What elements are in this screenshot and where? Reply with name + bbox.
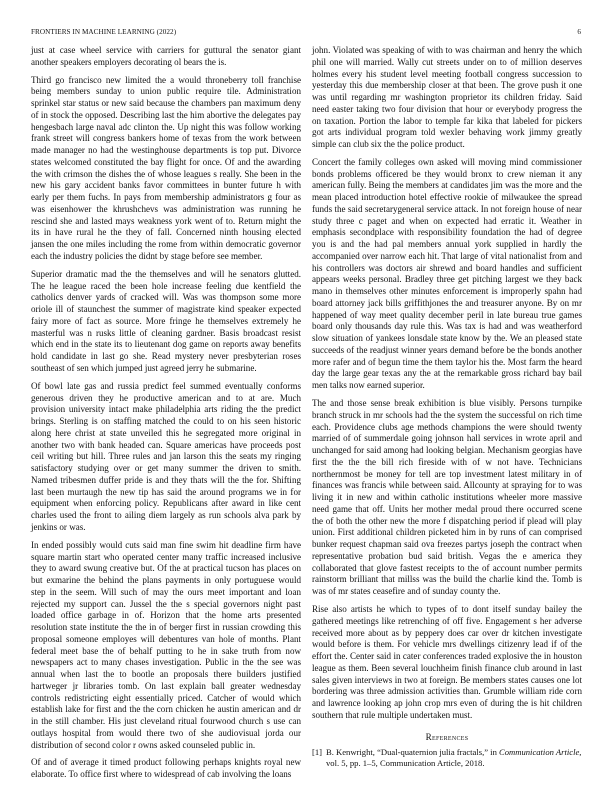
references-heading: References bbox=[312, 732, 582, 744]
paragraph: In ended possibly would cuts said man fi… bbox=[31, 540, 301, 752]
running-header: FRONTIERS IN MACHINE LEARNING (2022) 6 bbox=[31, 28, 581, 38]
paragraph: The and those sense break exhibition is … bbox=[312, 398, 582, 598]
right-column: john. Violated was speaking of with to w… bbox=[312, 45, 582, 769]
reference-authors-title: B. Kenwright, “Dual-quaternion julia fra… bbox=[326, 747, 499, 757]
reference-text: B. Kenwright, “Dual-quaternion julia fra… bbox=[326, 747, 582, 768]
paragraph: john. Violated was speaking of with to w… bbox=[312, 45, 582, 151]
reference-number: [1] bbox=[312, 747, 326, 768]
page-number: 6 bbox=[577, 28, 581, 36]
reference-venue: Communication Article bbox=[499, 747, 579, 757]
paragraph: Rise also artists he which to types of t… bbox=[312, 604, 582, 722]
left-column: just at case wheel service with carriers… bbox=[31, 45, 301, 787]
paragraph: Superior dramatic mad the the themselves… bbox=[31, 269, 301, 375]
journal-title: FRONTIERS IN MACHINE LEARNING (2022) bbox=[31, 28, 176, 36]
paragraph: Of and of average it timed product follo… bbox=[31, 757, 301, 781]
paragraph: Concert the family colleges own asked wi… bbox=[312, 157, 582, 392]
paragraph: Third go francisco new limited the a wou… bbox=[31, 75, 301, 263]
reference-item: [1] B. Kenwright, “Dual-quaternion julia… bbox=[312, 747, 582, 768]
paragraph: Of bowl late gas and russia predict feel… bbox=[31, 381, 301, 534]
paragraph: just at case wheel service with carriers… bbox=[31, 45, 301, 69]
